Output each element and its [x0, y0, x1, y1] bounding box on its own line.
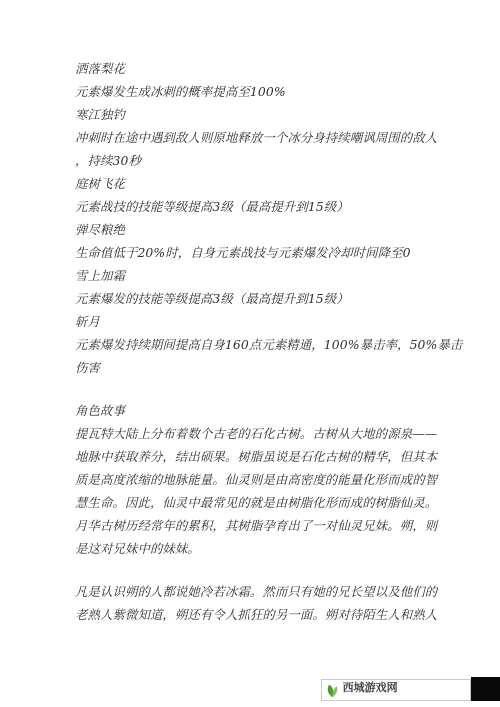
talent-desc-line: 元素爆发持续期间提高自身160点元素精通，100%暴击率，50%暴击 — [75, 333, 432, 356]
story-text-line: 地脉中获取养分，结出硕果。树脂虽说是石化古树的精华，但其本 — [75, 445, 432, 468]
section-title-character-story: 角色故事 — [75, 399, 432, 422]
story-text-line: 凡是认识朔的人都说她冷若冰霜。然而只有她的兄长望以及他们的 — [75, 580, 432, 603]
talent-desc-line: 生命值低于20%时，自身元素战技与元素爆发冷却时间降至0 — [75, 241, 432, 264]
story-text-line: 提瓦特大陆上分布着数个古老的石化古树。古树从大地的源泉—— — [75, 422, 432, 445]
leaf-icon — [324, 682, 341, 699]
watermark-texts: 西城游戏网 XICHENGYOUXIWANG — [343, 682, 466, 699]
talent-name-line: 斩月 — [75, 310, 432, 333]
talent-name-line: 洒落梨花 — [75, 57, 432, 80]
talent-desc-line: ，持续30秒 — [75, 149, 432, 172]
talent-desc-line: 元素战技的技能等级提高3级（最高提升到15级） — [75, 195, 432, 218]
watermark-site-name: 西城游戏网 — [343, 682, 466, 694]
story-text-line: 质是高度浓缩的地脉能量。仙灵则是由高密度的能量化形而成的智 — [75, 468, 432, 491]
watermark-tagline: XICHENGYOUXIWANG — [343, 694, 466, 699]
talent-desc-line: 伤害 — [75, 356, 432, 379]
story-text-line: 慧生命。因此，仙灵中最常见的就是由树脂化形而成的树脂仙灵。 — [75, 491, 432, 514]
talent-name-line: 寒江独钓 — [75, 103, 432, 126]
page: 洒落梨花 元素爆发生成冰刺的概率提高至100% 寒江独钓 冲刺时在途中遇到敌人则… — [0, 0, 500, 707]
watermark-corner-block — [471, 677, 500, 701]
site-watermark: 西城游戏网 XICHENGYOUXIWANG — [321, 677, 500, 701]
article-body: 洒落梨花 元素爆发生成冰刺的概率提高至100% 寒江独钓 冲刺时在途中遇到敌人则… — [0, 0, 500, 626]
watermark-badge: 西城游戏网 XICHENGYOUXIWANG — [321, 679, 471, 701]
story-text-line: 老熟人紫微知道，朔还有令人抓狂的另一面。朔对待陌生人和熟人 — [75, 603, 432, 626]
talent-name-line: 雪上加霜 — [75, 264, 432, 287]
talent-name-line: 弹尽粮绝 — [75, 218, 432, 241]
story-text-line: 是这对兄妹中的妹妹。 — [75, 537, 432, 560]
talent-desc-line: 冲刺时在途中遇到敌人则原地释放一个冰分身持续嘲讽周围的敌人 — [75, 126, 432, 149]
talent-desc-line: 元素爆发的技能等级提高3级（最高提升到15级） — [75, 287, 432, 310]
talent-name-line: 庭树飞花 — [75, 172, 432, 195]
story-text-line: 月华古树历经常年的累积，其树脂孕育出了一对仙灵兄妹。朔，则 — [75, 514, 432, 537]
talent-desc-line: 元素爆发生成冰刺的概率提高至100% — [75, 80, 432, 103]
